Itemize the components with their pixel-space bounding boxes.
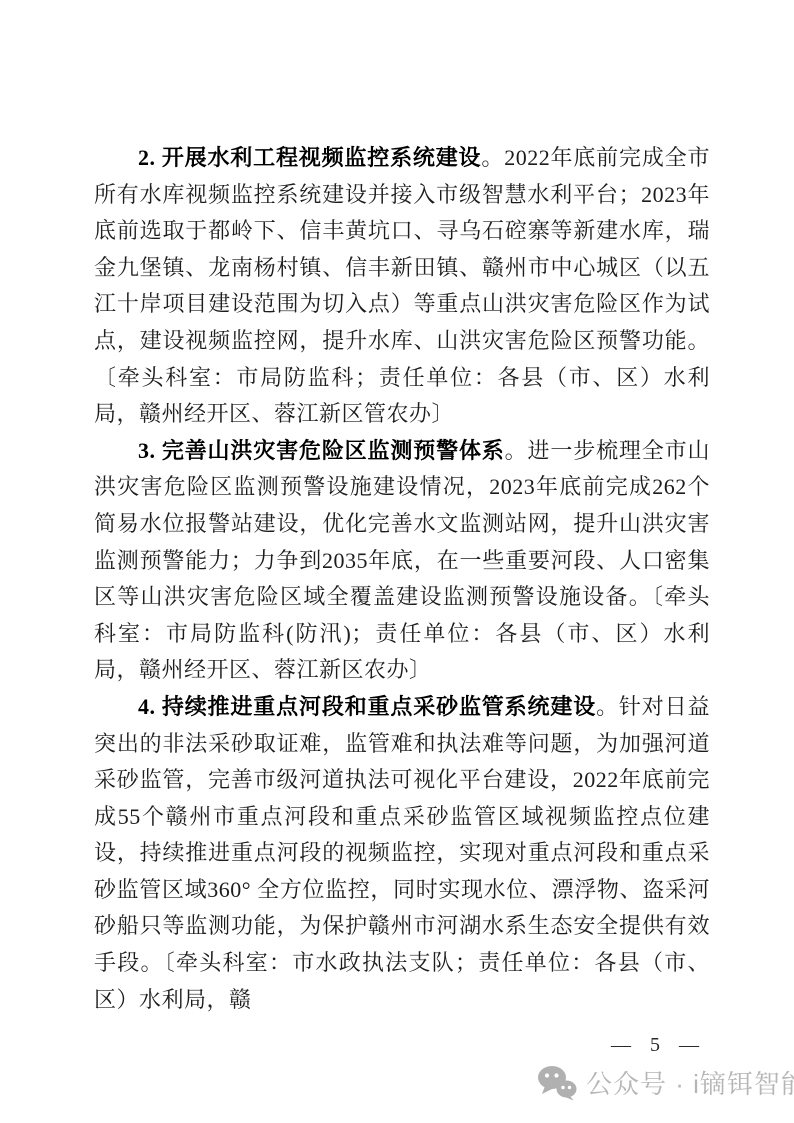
page-number: — 5 — <box>611 1034 700 1057</box>
paragraph-heading: 2. 开展水利工程视频监控系统建设 <box>138 145 481 170</box>
paragraph-text: 。进一步梳理全市山洪灾害危险区监测预警设施建设情况，2023年底前完成262个简… <box>94 438 710 683</box>
paragraph-text: 。针对日益突出的非法采砂取证难，监管难和执法难等问题，为加强河道采砂监管，完善市… <box>94 694 710 1012</box>
paragraph: 4. 持续推进重点河段和重点采砂监管系统建设。针对日益突出的非法采砂取证难，监管… <box>94 689 710 1018</box>
document-body: 2. 开展水利工程视频监控系统建设。2022年底前完成全市所有水库视频监控系统建… <box>94 140 710 1018</box>
paragraph: 2. 开展水利工程视频监控系统建设。2022年底前完成全市所有水库视频监控系统建… <box>94 140 710 433</box>
wechat-icon <box>537 1065 577 1101</box>
paragraph-heading: 3. 完善山洪灾害危险区监测预警体系 <box>138 438 505 463</box>
watermark-label: 公众号 · i镝铒智能 <box>586 1064 794 1101</box>
document-page: 2. 开展水利工程视频监控系统建设。2022年底前完成全市所有水库视频监控系统建… <box>0 0 794 1123</box>
wechat-watermark: 公众号 · i镝铒智能 <box>537 1064 794 1101</box>
paragraph: 3. 完善山洪灾害危险区监测预警体系。进一步梳理全市山洪灾害危险区监测预警设施建… <box>94 433 710 689</box>
paragraph-text: 。2022年底前完成全市所有水库视频监控系统建设并接入市级智慧水利平台；2023… <box>94 145 710 426</box>
paragraph-heading: 4. 持续推进重点河段和重点采砂监管系统建设 <box>138 694 596 719</box>
